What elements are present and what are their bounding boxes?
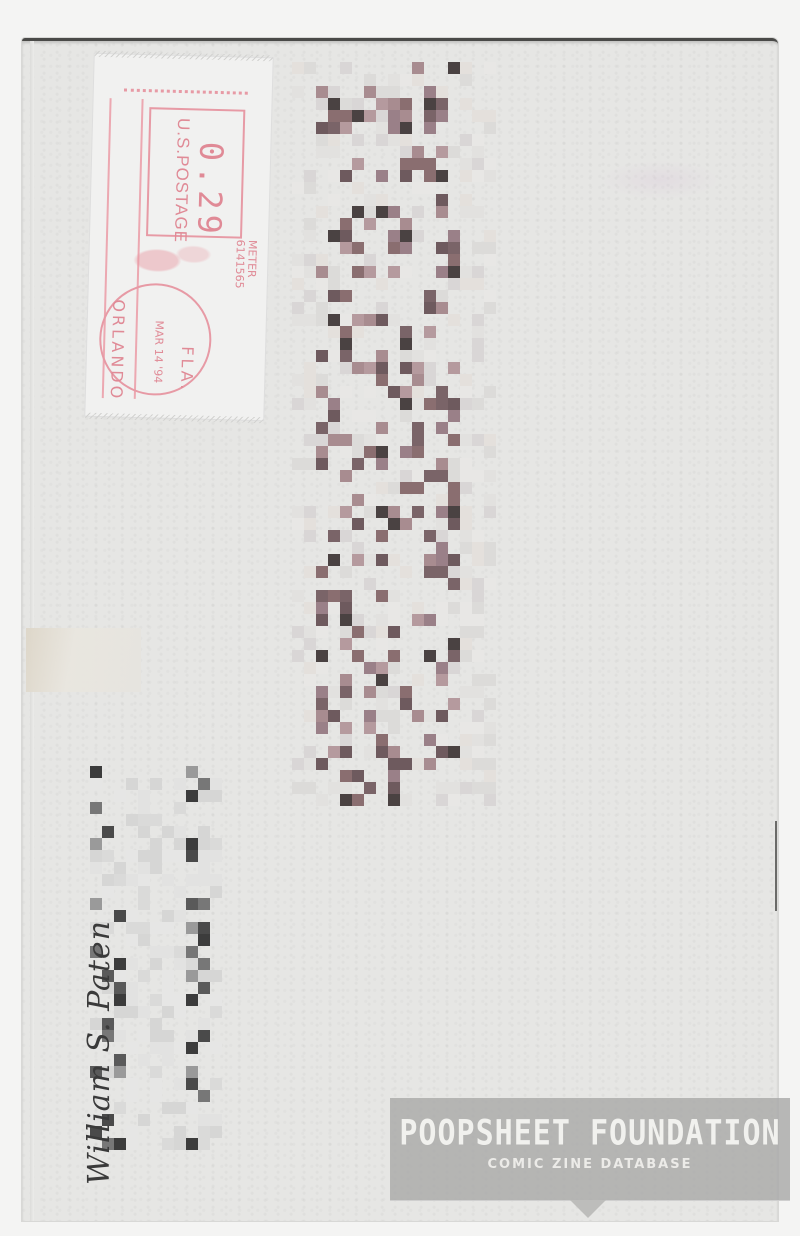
watermark-title: POOPSHEET FOUNDATION — [390, 1113, 790, 1153]
recipient-address-redacted — [292, 62, 492, 802]
postage-amount: 0.29 — [190, 141, 231, 239]
meter-text: METER — [245, 240, 259, 278]
meter-id: METER 6141565 — [233, 239, 258, 289]
meter-number: 6141565 — [233, 239, 247, 288]
handwritten-name: William S. Paten — [82, 920, 117, 1185]
faint-ink-mark — [600, 160, 720, 200]
postmark-date: MAR 14 '94 — [151, 320, 166, 383]
postmark-city: ORLANDO — [107, 299, 129, 401]
meter-star-border — [124, 89, 248, 99]
paper-edge-mark — [775, 821, 777, 911]
watermark-subtitle: COMIC ZINE DATABASE — [390, 1157, 790, 1172]
postage-meter-label: U.S.POSTAGE 0.29 METER 6141565 ORLANDO M… — [85, 54, 272, 421]
postmark-state: FLA. — [177, 346, 197, 393]
tape-piece — [26, 628, 141, 692]
watermark-pointer — [570, 1200, 606, 1218]
watermark-banner: POOPSHEET FOUNDATION COMIC ZINE DATABASE — [390, 1098, 790, 1201]
